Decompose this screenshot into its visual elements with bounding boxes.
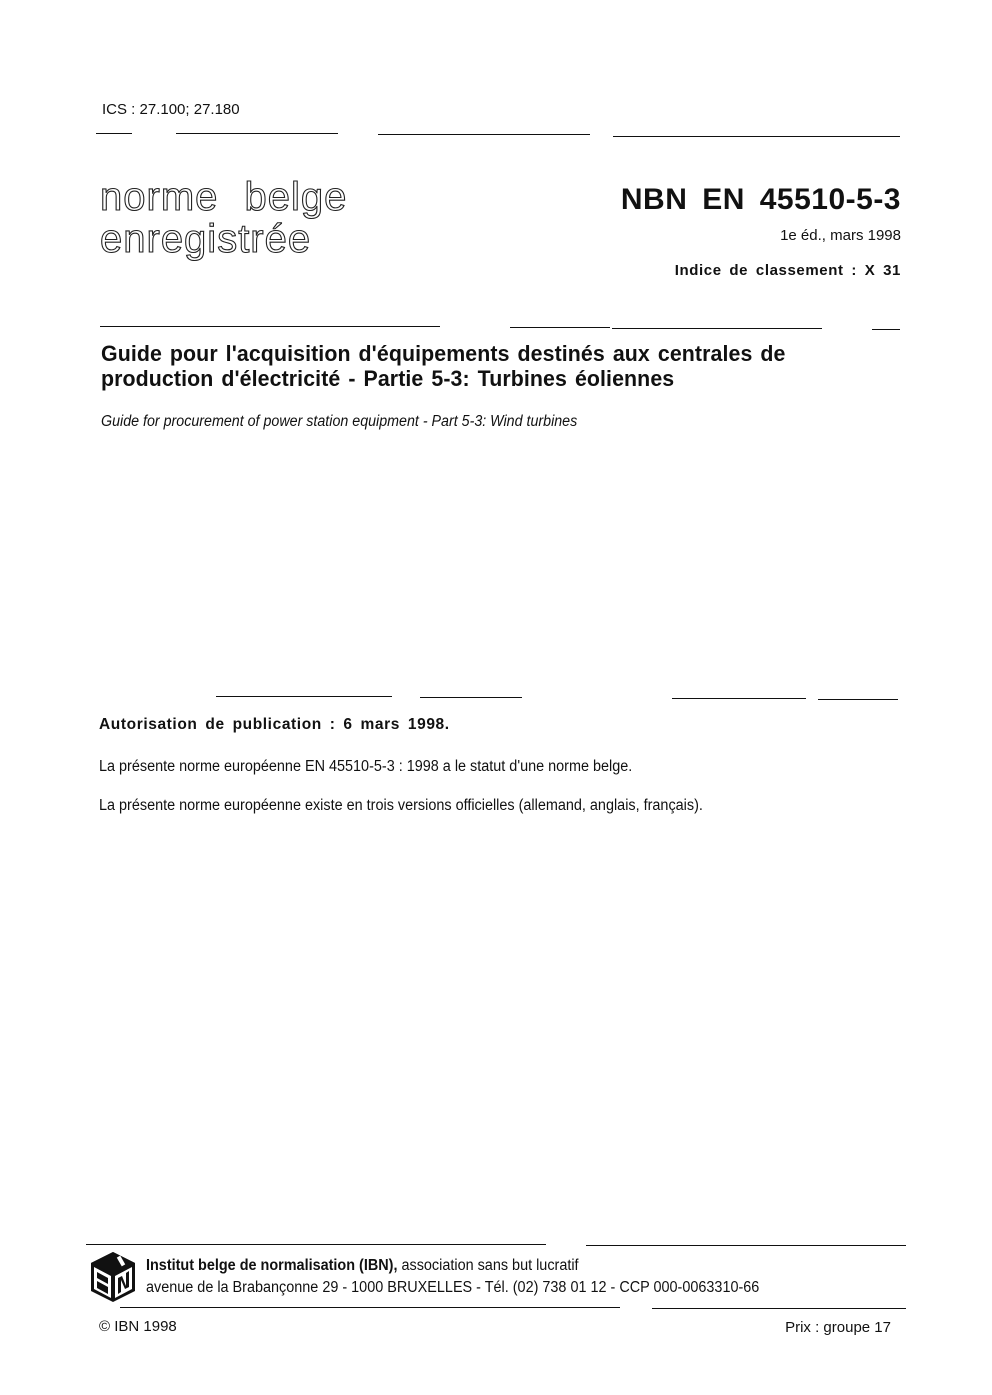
divider [613, 136, 900, 137]
divider [378, 134, 590, 135]
divider [510, 327, 610, 328]
divider [500, 1307, 620, 1308]
document-title-french: Guide pour l'acquisition d'équipements d… [101, 341, 877, 391]
versions-paragraph: La présente norme européenne existe en t… [99, 797, 703, 815]
divider [100, 326, 440, 327]
classification-index: Indice de classement : X 31 [675, 262, 901, 279]
institute-description: association sans but lucratif [397, 1257, 578, 1274]
divider [420, 697, 522, 698]
standard-number: NBN EN 45510-5-3 [621, 183, 901, 217]
edition-date: 1e éd., mars 1998 [780, 227, 901, 244]
divider [120, 1307, 500, 1308]
divider [612, 328, 822, 329]
institute-address: avenue de la Brabançonne 29 - 1000 BRUXE… [146, 1279, 759, 1297]
divider [176, 133, 338, 134]
copyright: © IBN 1998 [99, 1318, 177, 1335]
publication-authorisation: Autorisation de publication : 6 mars 199… [99, 716, 450, 734]
divider [818, 699, 898, 700]
ics-code: ICS : 27.100; 27.180 [102, 101, 240, 118]
brand-line-1: norme belge [100, 176, 347, 218]
ibn-cube-logo-icon [88, 1250, 138, 1304]
divider [86, 1244, 326, 1245]
divider [652, 1308, 906, 1309]
divider [326, 1244, 546, 1245]
institute-name: Institut belge de normalisation (IBN), [146, 1257, 397, 1274]
status-paragraph: La présente norme européenne EN 45510-5-… [99, 758, 632, 776]
brand-line-2: enregistrée [100, 218, 347, 260]
divider [216, 696, 392, 697]
divider [672, 698, 806, 699]
divider [96, 133, 132, 134]
price-group: Prix : groupe 17 [785, 1319, 891, 1336]
divider [872, 329, 900, 330]
document-title-english: Guide for procurement of power station e… [101, 413, 577, 431]
divider [586, 1245, 906, 1246]
norme-belge-enregistree-mark: norme belge enregistrée [100, 176, 347, 260]
institute-line: Institut belge de normalisation (IBN), a… [146, 1257, 579, 1275]
